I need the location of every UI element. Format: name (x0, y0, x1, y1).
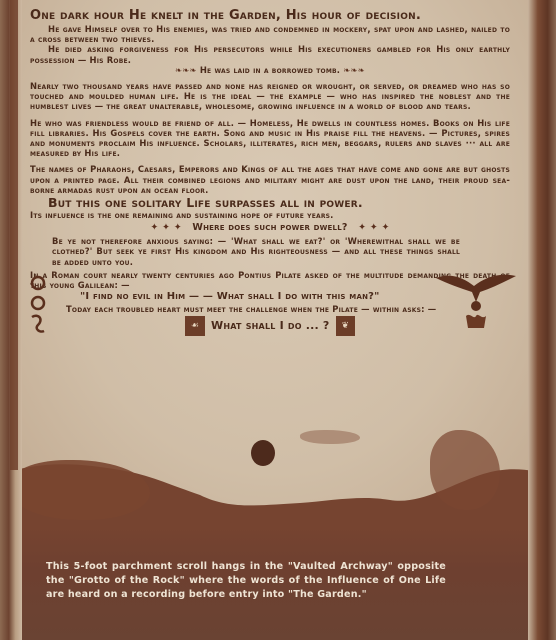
paragraph-emphasis: But this one solitary Life surpasses all… (30, 195, 510, 210)
scroll-left-border (10, 0, 18, 470)
question-line: ✦ ✦ ✦ Where does such power dwell? ✦ ✦ ✦ (30, 220, 510, 236)
vine-ornament: ❧❧❧ (340, 65, 365, 75)
flourish-ornament-icon (28, 275, 48, 335)
paragraph: He who was friendless would be friend of… (30, 118, 510, 159)
scroll-photo: One dark hour He knelt in the Garden, Hi… (0, 0, 556, 640)
scroll-right-edge (528, 0, 556, 640)
paragraph: Be ye not therefore anxious saying: — 'W… (30, 236, 510, 267)
wax-seal (251, 440, 275, 466)
paragraph: ❧❧❧ He was laid in a borrowed tomb. ❧❧❧ (30, 65, 510, 75)
decorative-block-right: ❦ (336, 316, 356, 336)
vine-ornament: ❧❧❧ (175, 65, 200, 75)
cross-ornament: ✦ ✦ ✦ (358, 222, 390, 233)
photo-caption: This 5-foot parchment scroll hangs in th… (46, 560, 446, 602)
paragraph: He died asking forgiveness for His perse… (30, 44, 510, 64)
paragraph: Nearly two thousand years have passed an… (30, 81, 510, 112)
paragraph: Its influence is the one remaining and s… (30, 210, 510, 220)
cross-ornament: ✦ ✦ ✦ (150, 222, 182, 233)
stain (300, 430, 360, 444)
decorative-block-left: ☙ (185, 316, 205, 336)
paragraph: The names of Pharaohs, Caesars, Emperors… (30, 164, 510, 195)
scroll-title: One dark hour He knelt in the Garden, Hi… (30, 8, 510, 24)
paragraph: He gave Himself over to His enemies, was… (30, 24, 510, 44)
phoenix-eagle-icon (436, 272, 516, 332)
